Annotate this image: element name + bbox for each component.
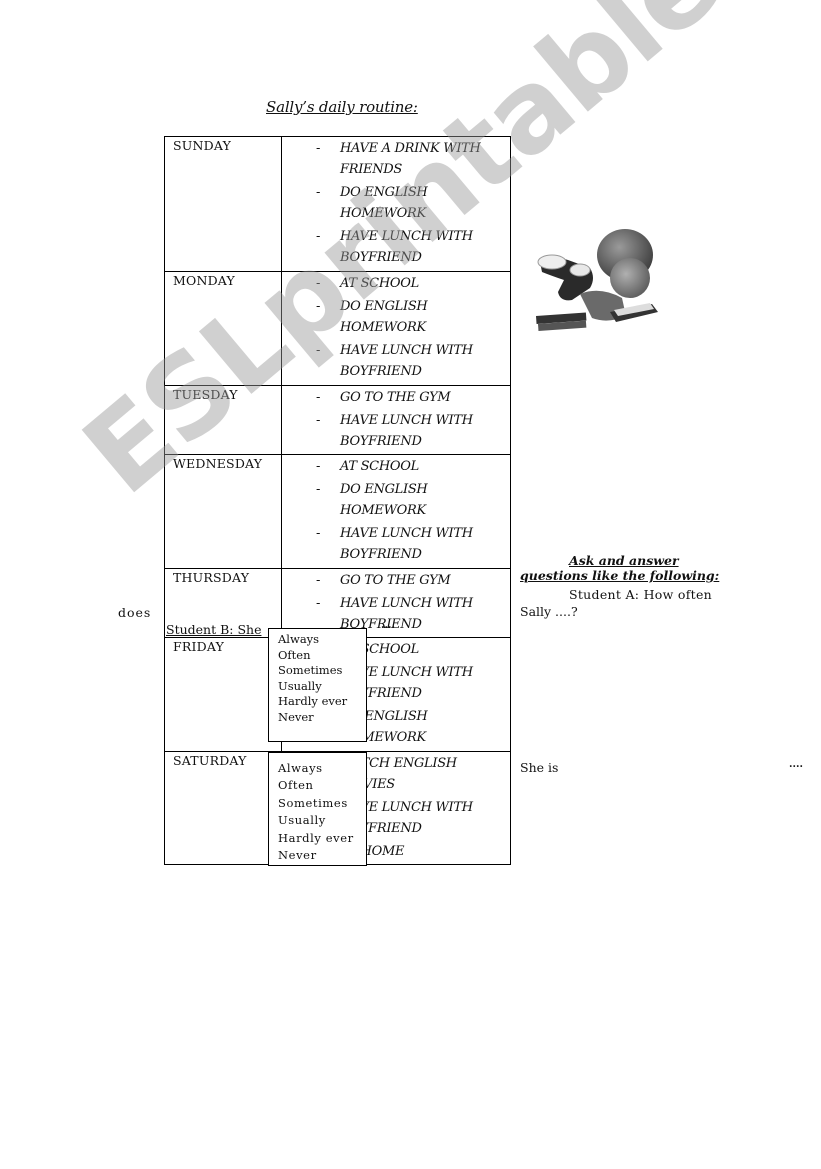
frequency-option: Usually bbox=[278, 812, 366, 829]
frequency-option: Sometimes bbox=[278, 795, 366, 812]
table-row: WEDNESDAYAt schoolDo English homeworkHav… bbox=[165, 455, 511, 569]
does-text: does bbox=[118, 605, 151, 620]
day-cell: WEDNESDAY bbox=[165, 455, 282, 569]
activity-item: Go to the gym bbox=[282, 387, 510, 408]
day-cell: SUNDAY bbox=[165, 137, 282, 272]
day-cell: TUESDAY bbox=[165, 386, 282, 455]
frequency-option: Always bbox=[278, 760, 366, 777]
activity-item: Have a drink with friends bbox=[282, 138, 510, 180]
student-a-cont: Sally ....? bbox=[520, 604, 578, 619]
she-is-text: She is bbox=[520, 760, 558, 775]
activities-cell: Have a drink with friendsDo English home… bbox=[282, 137, 511, 272]
table-row: MONDAYAt schoolDo English homeworkHave l… bbox=[165, 272, 511, 386]
activities-cell: At schoolDo English homeworkHave lunch w… bbox=[282, 272, 511, 386]
table-row: TUESDAYGo to the gymHave lunch with boyf… bbox=[165, 386, 511, 455]
frequency-option: Usually bbox=[278, 679, 366, 695]
frequency-option: Often bbox=[278, 648, 366, 664]
day-cell: MONDAY bbox=[165, 272, 282, 386]
activity-item: Go to the gym bbox=[282, 570, 510, 591]
frequency-option: Sometimes bbox=[278, 663, 366, 679]
student-a-text: Student A: How often bbox=[569, 587, 712, 602]
activity-item: Have lunch with boyfriend bbox=[282, 340, 510, 382]
activity-list: At schoolDo English homeworkHave lunch w… bbox=[282, 456, 510, 565]
day-cell: SATURDAY bbox=[165, 752, 282, 865]
activity-item: Do English homework bbox=[282, 296, 510, 338]
activity-list: Go to the gymHave lunch with boyfriend bbox=[282, 570, 510, 635]
she-is-dots: .... bbox=[789, 759, 803, 770]
activities-cell: Go to the gymHave lunch with boyfriend bbox=[282, 386, 511, 455]
girl-reading-book-icon bbox=[530, 220, 665, 345]
frequency-option: Hardly ever bbox=[278, 694, 366, 710]
frequency-option: Hardly ever bbox=[278, 830, 366, 847]
frequency-option: Always bbox=[278, 632, 366, 648]
activity-item: Do English homework bbox=[282, 182, 510, 224]
page-title: Sally’s daily routine: bbox=[266, 98, 418, 116]
activity-item: Have lunch with boyfriend bbox=[282, 226, 510, 268]
activities-cell: At schoolDo English homeworkHave lunch w… bbox=[282, 455, 511, 569]
frequency-option: Never bbox=[278, 847, 366, 864]
activity-item: Do English homework bbox=[282, 479, 510, 521]
frequency-box-2: Always Often Sometimes Usually Hardly ev… bbox=[268, 752, 367, 866]
table-row: SUNDAYHave a drink with friendsDo Englis… bbox=[165, 137, 511, 272]
frequency-option: Never bbox=[278, 710, 366, 726]
instructions-heading-line2: questions like the following: bbox=[520, 568, 719, 583]
student-b-dots: .... bbox=[381, 620, 395, 631]
activity-list: At schoolDo English homeworkHave lunch w… bbox=[282, 273, 510, 382]
frequency-box-1: Always Often Sometimes Usually Hardly ev… bbox=[268, 628, 367, 742]
activity-item: Have lunch with boyfriend bbox=[282, 410, 510, 452]
day-cell: FRIDAY bbox=[165, 638, 282, 752]
activity-item: Have lunch with boyfriend bbox=[282, 523, 510, 565]
activity-list: Go to the gymHave lunch with boyfriend bbox=[282, 387, 510, 452]
activity-list: Have a drink with friendsDo English home… bbox=[282, 138, 510, 268]
activity-item: At school bbox=[282, 273, 510, 294]
instructions-heading: Ask and answer questions like the follow… bbox=[520, 553, 720, 583]
student-b-text: Student B: She bbox=[166, 622, 261, 637]
frequency-option: Often bbox=[278, 777, 366, 794]
activity-item: At school bbox=[282, 456, 510, 477]
instructions-heading-line1: Ask and answer bbox=[520, 553, 720, 568]
